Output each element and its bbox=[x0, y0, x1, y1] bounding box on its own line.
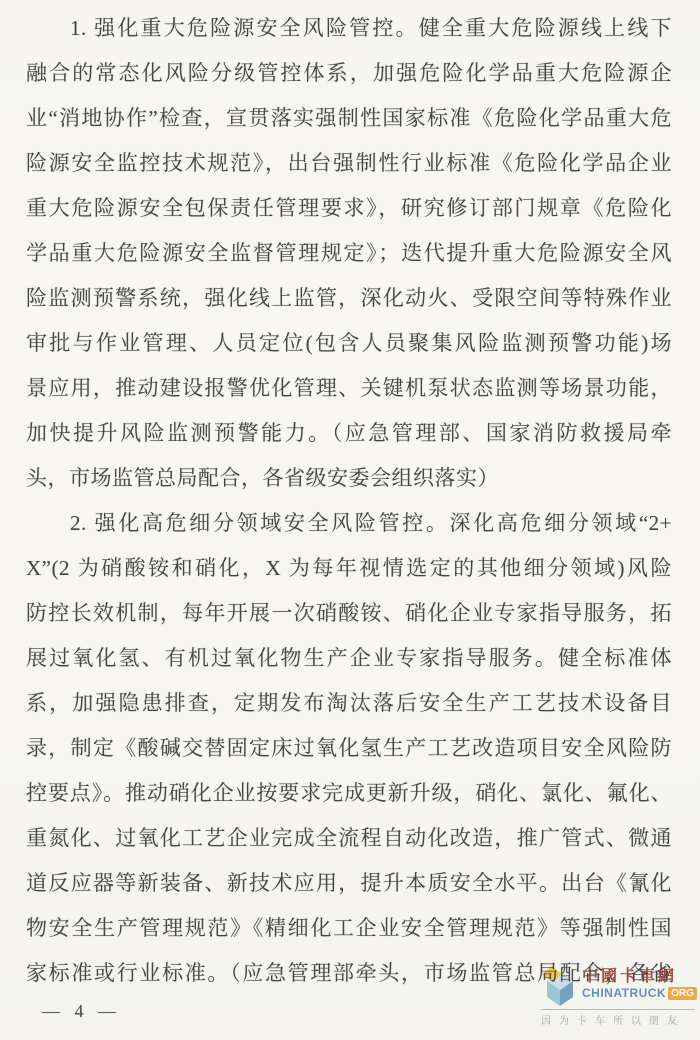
text-line: 物安全生产管理规范》《精细化工企业安全管理规范》等强制性国 bbox=[26, 906, 672, 951]
text-line: 重大危险源安全包保责任管理要求》，研究修订部门规章《危险化 bbox=[26, 186, 672, 231]
text-line: 融合的常态化风险分级管控体系，加强危险化学品重大危险源企 bbox=[26, 51, 672, 96]
page-number: — 4 — bbox=[42, 1001, 116, 1022]
text-line: X”(2 为硝酸铵和硝化，X 为每年视情选定的其他细分领域)风险 bbox=[26, 546, 672, 591]
text-line: 审批与作业管理、人员定位(包含人员聚集风险监测预警功能)场 bbox=[26, 321, 672, 366]
text-line: 家标准或行业标准。（应急管理部牵头，市场监管总局配合，各省 bbox=[26, 951, 672, 996]
text-line: 2. 强化高危细分领域安全风险管控。深化高危细分领域“2+ bbox=[26, 501, 672, 546]
text-line: 险源安全监控技术规范》，出台强制性行业标准《危险化学品企业 bbox=[26, 141, 672, 186]
text-line: 重氮化、过氧化工艺企业完成全流程自动化改造，推广管式、微通 bbox=[26, 816, 672, 861]
text-line: 头，市场监管总局配合，各省级安委会组织落实） bbox=[26, 456, 672, 501]
text-line: 系，加强隐患排查，定期发布淘汰落后安全生产工艺技术设备目 bbox=[26, 681, 672, 726]
watermark-domain-suffix: ORG bbox=[668, 987, 697, 1000]
text-line: 景应用，推动建设报警优化管理、关键机泵状态监测等场景功能， bbox=[26, 366, 672, 411]
text-line: 录，制定《酸碱交替固定床过氧化氢生产工艺改造项目安全风险防 bbox=[26, 726, 672, 771]
watermark-divider bbox=[541, 1009, 695, 1010]
text-line: 防控长效机制，每年开展一次硝酸铵、硝化企业专家指导服务，拓 bbox=[26, 591, 672, 636]
text-line: 险监测预警系统，强化线上监管，深化动火、受限空间等特殊作业 bbox=[26, 276, 672, 321]
text-line: 展过氧化氢、有机过氧化物生产企业专家指导服务。健全标准体 bbox=[26, 636, 672, 681]
document-page: 1. 强化重大危险源安全风险管控。健全重大危险源线上线下 融合的常态化风险分级管… bbox=[0, 0, 700, 1040]
watermark-slogan: 因为卡车所以朋友 bbox=[541, 1012, 695, 1027]
text-line: 业“消地协作”检查，宣贯落实强制性国家标准《危险化学品重大危 bbox=[26, 96, 672, 141]
text-line: 加快提升风险监测预警能力。（应急管理部、国家消防救援局牵 bbox=[26, 411, 672, 456]
document-body: 1. 强化重大危险源安全风险管控。健全重大危险源线上线下 融合的常态化风险分级管… bbox=[26, 6, 672, 996]
text-line: 控要点》。推动硝化企业按要求完成更新升级，硝化、氯化、氟化、 bbox=[26, 771, 672, 816]
text-line: 学品重大危险源安全监督管理规定》；迭代提升重大危险源安全风 bbox=[26, 231, 672, 276]
text-line: 1. 强化重大危险源安全风险管控。健全重大危险源线上线下 bbox=[26, 6, 672, 51]
text-line: 道反应器等新装备、新技术应用，提升本质安全水平。出台《氰化 bbox=[26, 861, 672, 906]
